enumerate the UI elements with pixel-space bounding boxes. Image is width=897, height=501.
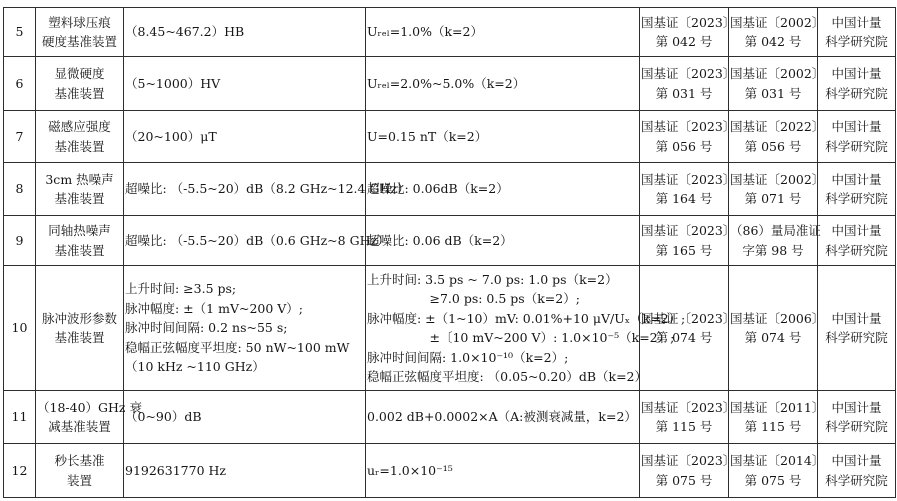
cell-index: 11 xyxy=(4,391,36,444)
cell-uncertainty: 上升时间: 3.5 ps ~ 7.0 ps: 1.0 ps（k=2） ≥7.0 … xyxy=(366,266,640,391)
cell-cert-original: 国基证〔2002〕 第 071 号 xyxy=(729,163,818,216)
document-page: 5 塑料球压痕 硬度基准装置 （8.45~467.2）HB Uᵣₑₗ=1.0%（… xyxy=(0,0,897,501)
cell-device-name: 显微硬度 基准装置 xyxy=(36,57,124,111)
table-row: 9 同轴热噪声 基准装置 超噪比: （-5.5~20）dB（0.6 GHz~8 … xyxy=(4,216,896,266)
table-row: 6 显微硬度 基准装置 （5~1000）HV Uᵣₑₗ=2.0%~5.0%（k=… xyxy=(4,57,896,111)
cell-index: 7 xyxy=(4,111,36,163)
cell-institution: 中国计量 科学研究院 xyxy=(818,391,896,444)
cell-cert-original: 国基证〔2006〕 第 074 号 xyxy=(729,266,818,391)
cell-institution: 中国计量 科学研究院 xyxy=(818,57,896,111)
cell-device-name: 3cm 热噪声 基准装置 xyxy=(36,163,124,216)
cell-measurement-range: 上升时间: ≥3.5 ps; 脉冲幅度: ±（1 mV~200 V）; 脉冲时间… xyxy=(124,266,366,391)
table-row: 10 脉冲波形参数 基准装置 上升时间: ≥3.5 ps; 脉冲幅度: ±（1 … xyxy=(4,266,896,391)
cell-cert-2023: 国基证〔2023〕 第 042 号 xyxy=(640,8,729,57)
cell-index: 8 xyxy=(4,163,36,216)
cell-uncertainty: 0.002 dB+0.0002×A（A:被测衰减量，k=2） xyxy=(366,391,640,444)
cell-uncertainty: Uᵣₑₗ=2.0%~5.0%（k=2） xyxy=(366,57,640,111)
table-row: 8 3cm 热噪声 基准装置 超噪比: （-5.5~20）dB（8.2 GHz~… xyxy=(4,163,896,216)
cell-cert-2023: 国基证〔2023〕 第 164 号 xyxy=(640,163,729,216)
cell-institution: 中国计量 科学研究院 xyxy=(818,163,896,216)
cell-measurement-range: 9192631770 Hz xyxy=(124,444,366,498)
cell-index: 5 xyxy=(4,8,36,57)
cell-cert-2023: 国基证〔2023〕 第 165 号 xyxy=(640,216,729,266)
cell-institution: 中国计量 科学研究院 xyxy=(818,444,896,498)
cell-institution: 中国计量 科学研究院 xyxy=(818,266,896,391)
cell-measurement-range: 超噪比: （-5.5~20）dB（0.6 GHz~8 GHz） xyxy=(124,216,366,266)
cell-uncertainty: Uᵣₑₗ=1.0%（k=2） xyxy=(366,8,640,57)
table-row: 7 磁感应强度 基准装置 （20~100）μT U=0.15 nT（k=2） 国… xyxy=(4,111,896,163)
cell-cert-2023: 国基证〔2023〕 第 074 号 xyxy=(640,266,729,391)
cell-measurement-range: （0~90）dB xyxy=(124,391,366,444)
cell-cert-original: （86）量局准证 字第 98 号 xyxy=(729,216,818,266)
cell-institution: 中国计量 科学研究院 xyxy=(818,111,896,163)
cell-device-name: （18-40）GHz 衰 减基准装置 xyxy=(36,391,124,444)
cell-cert-2023: 国基证〔2023〕 第 115 号 xyxy=(640,391,729,444)
cell-uncertainty: 超噪比: 0.06dB（k=2） xyxy=(366,163,640,216)
cell-device-name: 同轴热噪声 基准装置 xyxy=(36,216,124,266)
cell-index: 10 xyxy=(4,266,36,391)
cell-institution: 中国计量 科学研究院 xyxy=(818,216,896,266)
cell-device-name: 脉冲波形参数 基准装置 xyxy=(36,266,124,391)
cell-cert-original: 国基证〔2011〕 第 115 号 xyxy=(729,391,818,444)
cell-index: 9 xyxy=(4,216,36,266)
cell-measurement-range: （8.45~467.2）HB xyxy=(124,8,366,57)
cell-cert-original: 国基证〔2022〕 第 056 号 xyxy=(729,111,818,163)
table-row: 5 塑料球压痕 硬度基准装置 （8.45~467.2）HB Uᵣₑₗ=1.0%（… xyxy=(4,8,896,57)
cell-cert-original: 国基证〔2002〕 第 031 号 xyxy=(729,57,818,111)
cell-institution: 中国计量 科学研究院 xyxy=(818,8,896,57)
cell-cert-original: 国基证〔2002〕 第 042 号 xyxy=(729,8,818,57)
cell-device-name: 秒长基准 装置 xyxy=(36,444,124,498)
cell-index: 6 xyxy=(4,57,36,111)
cell-cert-2023: 国基证〔2023〕 第 075 号 xyxy=(640,444,729,498)
cell-cert-2023: 国基证〔2023〕 第 056 号 xyxy=(640,111,729,163)
cell-measurement-range: 超噪比: （-5.5~20）dB（8.2 GHz~12.4 GHz） xyxy=(124,163,366,216)
cell-uncertainty: 超噪比: 0.06 dB（k=2） xyxy=(366,216,640,266)
cell-device-name: 塑料球压痕 硬度基准装置 xyxy=(36,8,124,57)
cell-uncertainty: U=0.15 nT（k=2） xyxy=(366,111,640,163)
measurement-standards-table: 5 塑料球压痕 硬度基准装置 （8.45~467.2）HB Uᵣₑₗ=1.0%（… xyxy=(3,7,896,498)
cell-measurement-range: （5~1000）HV xyxy=(124,57,366,111)
cell-cert-2023: 国基证〔2023〕 第 031 号 xyxy=(640,57,729,111)
table-row: 12 秒长基准 装置 9192631770 Hz uᵣ=1.0×10⁻¹⁵ 国基… xyxy=(4,444,896,498)
table-row: 11 （18-40）GHz 衰 减基准装置 （0~90）dB 0.002 dB+… xyxy=(4,391,896,444)
cell-index: 12 xyxy=(4,444,36,498)
cell-device-name: 磁感应强度 基准装置 xyxy=(36,111,124,163)
cell-measurement-range: （20~100）μT xyxy=(124,111,366,163)
cell-cert-original: 国基证〔2014〕 第 075 号 xyxy=(729,444,818,498)
cell-uncertainty: uᵣ=1.0×10⁻¹⁵ xyxy=(366,444,640,498)
